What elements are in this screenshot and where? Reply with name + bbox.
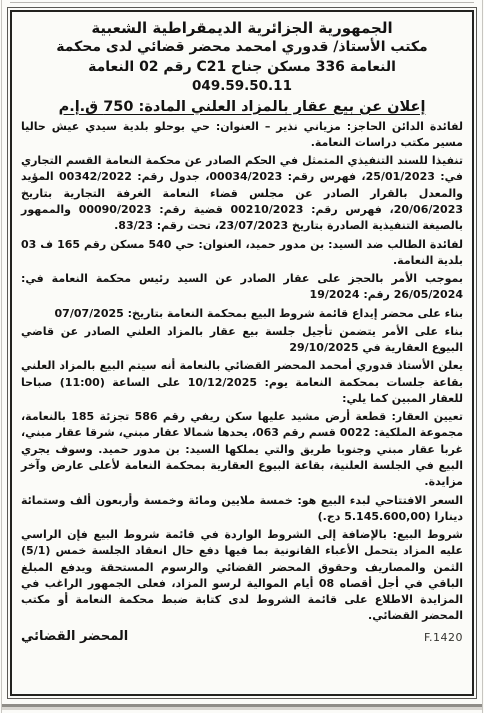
document-header: الجمهورية الجزائرية الديمقراطية الشعبية … (21, 18, 463, 96)
scan-artifact-line-bottom (2, 704, 482, 707)
notice-body: لفائدة الدائن الحاجز: مزياني نذير – العن… (21, 119, 463, 625)
document-outer-frame: الجمهورية الجزائرية الديمقراطية الشعبية … (7, 7, 477, 699)
scanned-notice-page: الجمهورية الجزائرية الديمقراطية الشعبية … (0, 0, 484, 713)
paragraph-debtor: لفائدة الطالب ضد السيد: بن مدور حميد، ال… (21, 237, 463, 270)
paragraph-opening-price: السعر الافتتاحي لبدء البيع هو: خمسة ملاي… (21, 493, 463, 526)
paragraph-deposit-report: بناء على محضر إيداع قائمة شروط البيع بمح… (21, 306, 463, 322)
form-number: F.1420 (424, 631, 463, 644)
paragraph-creditor: لفائدة الدائن الحاجز: مزياني نذير – العن… (21, 119, 463, 152)
notice-title: إعلان عن بيع عقار بالمزاد العلني المادة:… (21, 99, 463, 115)
paragraph-seizure-order: بموجب الأمر بالحجز على عقار الصادر عن ال… (21, 271, 463, 304)
paragraph-postponement-order: بناء على الأمر يتضمن تأجيل جلسة بيع عقار… (21, 324, 463, 357)
republic-title: الجمهورية الجزائرية الديمقراطية الشعبية (21, 18, 463, 38)
bailiff-office-line: مكتب الأستاذ/ قدوري امحمد محضر قضائي لدى… (21, 38, 463, 58)
paragraph-executive-deed: تنفيذا للسند التنفيذي المتمثل في الحكم ا… (21, 153, 463, 234)
scan-artifact-line-left (1, 0, 2, 713)
scan-artifact-line-top (10, 2, 474, 3)
office-address-line: النعامة 336 مسكن جناح C21 رقم 02 النعامة (21, 58, 463, 78)
document-footer: المحضر القضائي F.1420 (21, 629, 463, 644)
bailiff-signature-label: المحضر القضائي (21, 629, 128, 644)
document-inner-frame: الجمهورية الجزائرية الديمقراطية الشعبية … (10, 10, 474, 696)
scan-artifact-line-right (482, 0, 483, 713)
paragraph-sale-conditions: شروط البيع: بالإضافة إلى الشروط الواردة … (21, 527, 463, 625)
paragraph-auction-session: يعلن الأستاذ قدوري أمحمد المحضر القضائي … (21, 358, 463, 407)
office-phone-number: 049.59.50.11 (21, 77, 463, 95)
paragraph-property-designation: تعيين العقار: قطعة أرض مشيد عليها سكن ري… (21, 409, 463, 490)
